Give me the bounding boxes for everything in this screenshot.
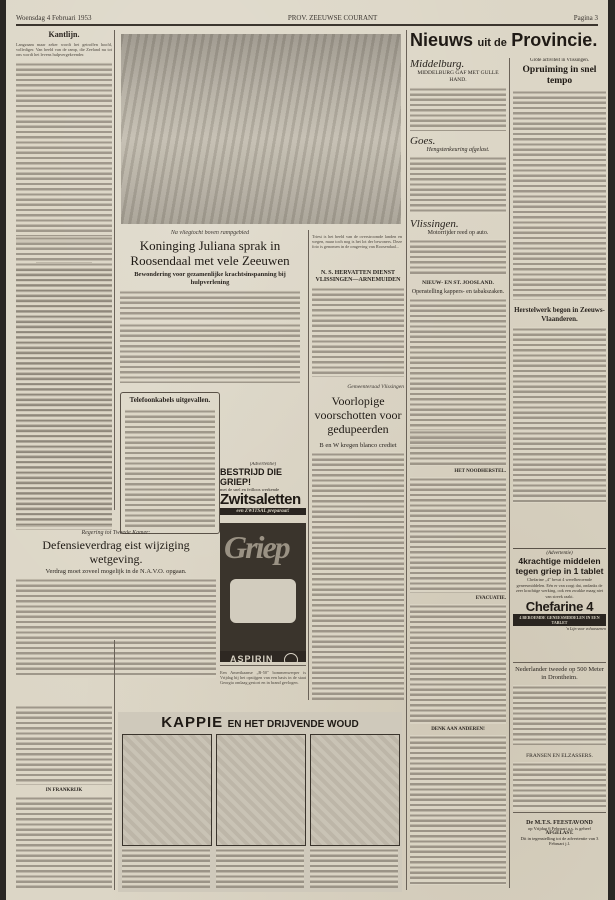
gemeente-body <box>312 452 404 700</box>
zwitsal-brand: Zwitsaletten <box>220 492 306 508</box>
kantlijn-body <box>16 62 112 242</box>
opruiming-kicker: Grote activiteit in Vlissingen. <box>513 58 606 63</box>
article-body <box>16 236 112 526</box>
ns-body <box>312 287 404 377</box>
sport-body <box>513 685 606 745</box>
goes-body <box>410 156 506 214</box>
chefarine-ad: (Advertentie) 4krachtige middelen tegen … <box>513 548 606 661</box>
b50-item: Een Amerikaanse „B-50" bommenwerper is V… <box>220 670 306 700</box>
opruiming-headline: Opruiming in snel tempo <box>513 65 606 87</box>
comic-caption-3 <box>310 848 398 888</box>
middelburg-body <box>410 87 506 131</box>
phone-box-title: Telefoonkabels uitgevallen. <box>121 396 219 404</box>
column-rule <box>114 640 115 890</box>
kappie-comic: KAPPIE EN HET DRIJVENDE WOUD <box>118 712 402 892</box>
defense-article: Regering tot Tweede Kamer: Defensieverdr… <box>16 530 216 700</box>
comic-caption-1 <box>122 848 210 888</box>
defense-kicker: Regering tot Tweede Kamer: <box>16 530 216 536</box>
kantlijn-title: Kantlijn. <box>16 30 112 39</box>
zwitsal-band: een ZWITSAL preparaat! <box>220 508 306 515</box>
provincie-title-2: uit de <box>477 37 506 49</box>
juliana-article: Na vliegtocht boven rampgebied Koninging… <box>120 230 300 390</box>
provincie-title-3: Provincie. <box>511 30 597 50</box>
griep-text-box <box>230 579 296 623</box>
provincie-column-right: Grote activiteit in Vlissingen. Opruimin… <box>513 58 606 503</box>
comic-title-main: KAPPIE <box>161 714 223 731</box>
paper-name: PROV. ZEEUWSE COURANT <box>288 14 378 22</box>
gemeente-kicker: Gemeenteraad Vlissingen <box>312 384 404 390</box>
goes-headline: Hengstenkeuring afgelast. <box>410 147 506 153</box>
phone-box: Telefoonkabels uitgevallen. <box>120 392 220 534</box>
aspirin-cross-icon <box>284 653 298 662</box>
denk-head: DENK AAN ANDEREN! <box>410 727 506 732</box>
article-body <box>410 430 506 466</box>
column-rule <box>509 58 510 888</box>
defense-headline: Defensieverdrag eist wijziging wetgeving… <box>16 538 216 566</box>
column-rule <box>406 30 407 890</box>
opruiming-body <box>513 90 606 300</box>
masthead-rule <box>16 24 598 26</box>
fransen-body <box>513 762 606 810</box>
ns-article: N. S. HERVATTEN DIENST VLISSINGEN—ARNEMU… <box>312 270 404 380</box>
kantlijn-lead: Langzaam maar zeker wordt het getroffen … <box>16 42 112 62</box>
noodherstel-head: HET NOODHERSTEL. <box>410 469 506 474</box>
juliana-lead <box>120 290 300 320</box>
article-body <box>16 796 112 890</box>
middelburg-place: Middelburg. <box>410 58 506 70</box>
chef-headline: 4krachtige middelen tegen griep in 1 tab… <box>513 556 606 576</box>
comic-panel-3 <box>310 734 400 846</box>
juliana-subhead: Bewondering voor gezamenlijke krachtsins… <box>120 271 300 287</box>
vlissingen-body <box>410 239 506 275</box>
middelburg-headline: MIDDELBURG GAF MET GULLE HAND. <box>410 70 506 84</box>
denk-body <box>410 735 506 885</box>
herstel-body <box>513 327 606 503</box>
frankrijk-head: IN FRANKRIJK <box>16 788 112 793</box>
masthead: Woensdag 4 Februari 1953 PROV. ZEEUWSE C… <box>16 12 598 24</box>
provincie-title: Nieuws uit de Provincie. <box>410 30 606 51</box>
voorlopige-headline: Voorlopige voorschotten voor gedupeerden <box>312 394 404 436</box>
vlissingen-place: Vlissingen. <box>410 218 506 230</box>
zwitsal-headline: BESTRIJD DIE GRIEP! <box>220 467 306 487</box>
defense-continuation: IN FRANKRIJK <box>16 705 112 890</box>
goes-place: Goes. <box>410 135 506 147</box>
vlissingen-headline: Motorrijder reed op auto. <box>410 230 506 236</box>
griep-word: Griep <box>224 529 289 566</box>
defense-subhead: Verdrag moet zoveel mogelijk in de N.A.V… <box>16 568 216 575</box>
defense-body <box>16 578 216 678</box>
issue-date: Woensdag 4 Februari 1953 <box>16 14 91 22</box>
divider <box>513 812 606 813</box>
ns-headline: N. S. HERVATTEN DIENST VLISSINGEN—ARNEMU… <box>312 270 404 284</box>
flood-photo <box>121 34 401 224</box>
comic-panel-2 <box>216 734 306 846</box>
evacuatie-body <box>410 604 506 724</box>
chef-brand: Chefarine 4 <box>513 599 606 614</box>
kappers-body <box>410 298 506 448</box>
comic-panel-1 <box>122 734 212 846</box>
noodherstel-body <box>410 477 506 593</box>
column-rule <box>308 230 309 700</box>
kappers-headline: Openstelling kappers- en tabakszaken. <box>410 289 506 295</box>
divider <box>513 662 606 663</box>
zwitsal-ad: (Advertentie) BESTRIJD DIE GRIEP! met de… <box>220 462 306 662</box>
fransen-headline: FRANSEN EN ELZASSERS. <box>513 753 606 759</box>
mts-note: Dit in tegenstelling tot de advertentie … <box>513 836 606 846</box>
nieuw-headline: NIEUW- EN ST. JOOSLAND. <box>410 280 506 286</box>
gemeente-article: Gemeenteraad Vlissingen Voorlopige voors… <box>312 384 404 700</box>
juliana-body <box>120 323 300 383</box>
divider <box>220 665 306 666</box>
griep-illustration: Griep <box>220 523 306 651</box>
sport-article: Nederlander tweede op 500 Meter in Dront… <box>513 666 606 886</box>
phone-box-body <box>125 409 215 529</box>
article-body <box>16 705 112 785</box>
herstel-headline: Herstelwerk begon in Zeeuws-Vlaanderen. <box>513 306 606 324</box>
provincie-title-1: Nieuws <box>410 30 473 50</box>
chef-tag: 'n Lijn voor volwassenen <box>513 626 606 631</box>
comic-caption-2 <box>216 848 304 888</box>
noodherstel-article: HET NOODHERSTEL. EVACUATIE. DENK AAN AND… <box>410 430 506 890</box>
juliana-headline: Koninging Juliana sprak in Roosendaal me… <box>120 238 300 268</box>
sport-headline: Nederlander tweede op 500 Meter in Dront… <box>513 666 606 682</box>
page-number: Pagina 3 <box>574 14 598 22</box>
photo-caption: Triest is het beeld van de overstroomde … <box>312 234 402 264</box>
comic-title: KAPPIE EN HET DRIJVENDE WOUD <box>118 714 402 732</box>
aspirin-band: ASPIRIN hoort in huis! <box>220 651 306 662</box>
aspirin-brand: ASPIRIN <box>230 654 274 662</box>
comic-title-rest: EN HET DRIJVENDE WOUD <box>228 719 359 730</box>
newspaper-page: Woensdag 4 Februari 1953 PROV. ZEEUWSE C… <box>6 0 608 900</box>
evacuatie-head: EVACUATIE. <box>410 596 506 601</box>
chef-text: Chefarine „4" bevat 4 werelberoemde gene… <box>513 577 606 599</box>
juliana-kicker: Na vliegtocht boven rampgebied <box>120 230 300 236</box>
column-rule <box>114 30 115 510</box>
chef-band: 4 BEROEMDE GENEESMIDDELEN IN EEN TABLET <box>513 614 606 626</box>
bw-subhead: B en W kregen blanco crediet <box>312 442 404 449</box>
